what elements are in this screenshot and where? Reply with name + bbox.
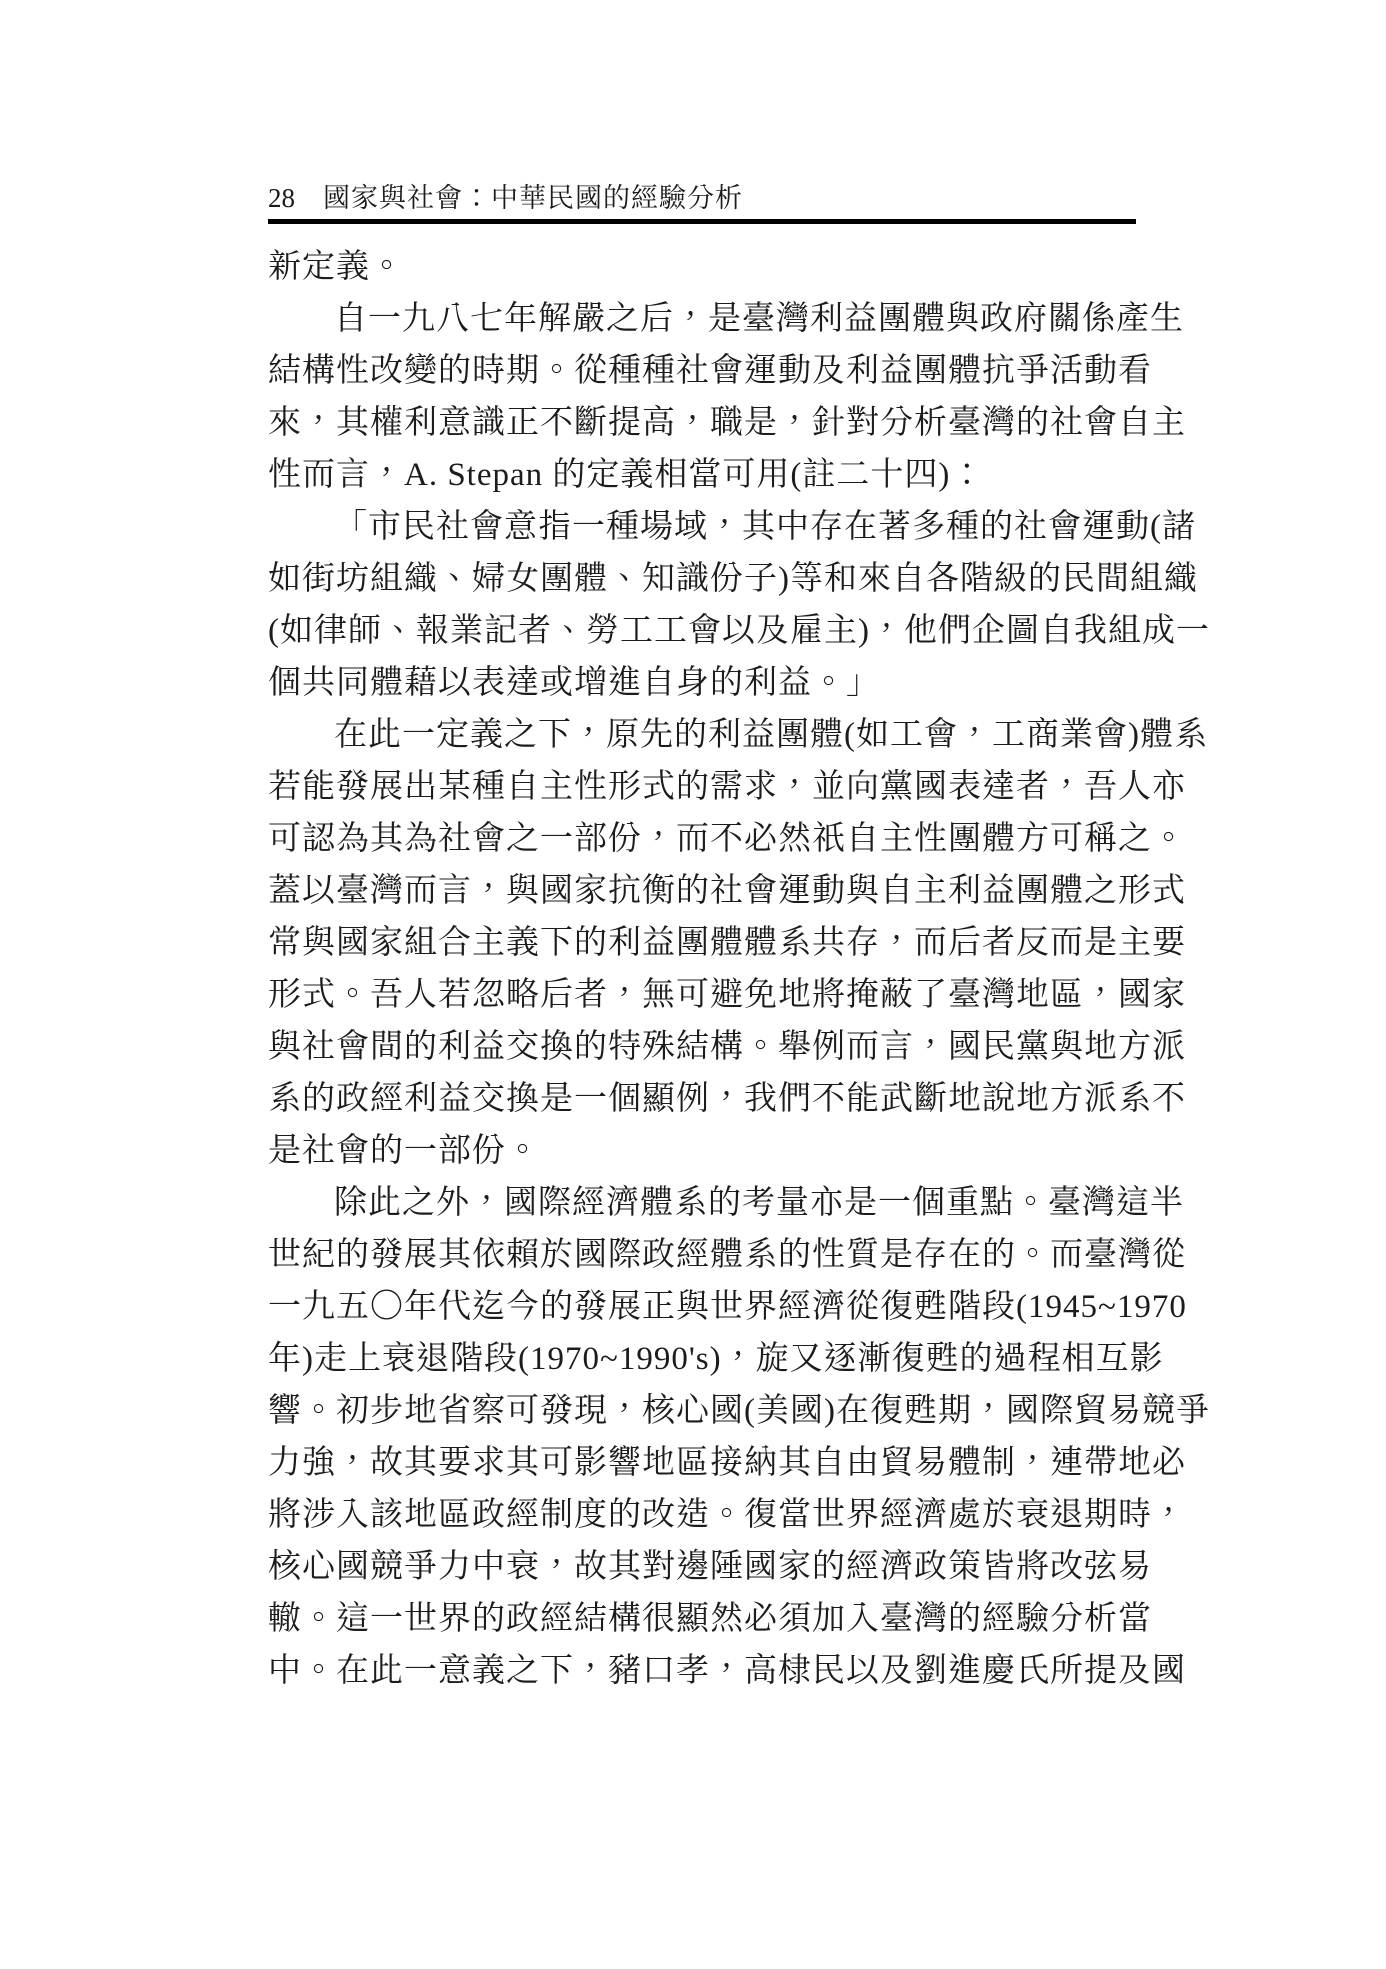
book-page: 28國家與社會：中華民國的經驗分析 新定義。自一九八七年解嚴之后，是臺灣利益團體… (0, 0, 1386, 1969)
text-line: 將涉入該地區政經制度的改造。復當世界經濟處於衰退期時， (268, 1489, 1153, 1541)
text-line: 若能發展出某種自主性形式的需求，並向黨國表達者，吾人亦 (268, 761, 1153, 813)
text-line: (如律師、報業記者、勞工工會以及雇主)，他們企圖自我組成一 (268, 605, 1153, 657)
body-text: 新定義。自一九八七年解嚴之后，是臺灣利益團體與政府關係產生結構性改變的時期。從種… (268, 241, 1153, 1697)
text-line: 形式。吾人若忽略后者，無可避免地將掩蔽了臺灣地區，國家 (268, 969, 1153, 1021)
text-line: 核心國競爭力中衰，故其對邊陲國家的經濟政策皆將改弦易 (268, 1541, 1153, 1593)
text-line: 中。在此一意義之下，豬口孝，高棣民以及劉進慶氏所提及國 (268, 1645, 1153, 1697)
text-line: 性而言，A. Stepan 的定義相當可用(註二十四)： (268, 449, 1153, 501)
text-line: 可認為其為社會之一部份，而不必然祇自主性團體方可稱之。 (268, 813, 1153, 865)
text-line: 系的政經利益交換是一個顯例，我們不能武斷地說地方派系不 (268, 1073, 1153, 1125)
text-line: 力強，故其要求其可影響地區接納其自由貿易體制，連帶地必 (268, 1437, 1153, 1489)
text-line: 蓋以臺灣而言，與國家抗衡的社會運動與自主利益團體之形式 (268, 865, 1153, 917)
text-line: 響。初步地省察可發現，核心國(美國)在復甦期，國際貿易競爭 (268, 1385, 1153, 1437)
text-line: 「市民社會意指一種場域，其中存在著多種的社會運動(諸 (268, 501, 1153, 553)
running-title: 國家與社會：中華民國的經驗分析 (323, 183, 743, 213)
text-line: 新定義。 (268, 241, 1153, 293)
page-number: 28 (268, 183, 295, 214)
text-line: 個共同體藉以表達或增進自身的利益。」 (268, 657, 1153, 709)
text-line: 是社會的一部份。 (268, 1125, 1153, 1177)
running-header: 28國家與社會：中華民國的經驗分析 (268, 176, 1138, 215)
text-line: 除此之外，國際經濟體系的考量亦是一個重點。臺灣這半 (268, 1177, 1153, 1229)
text-line: 結構性改變的時期。從種種社會運動及利益團體抗爭活動看 (268, 345, 1153, 397)
text-line: 世紀的發展其依賴於國際政經體系的性質是存在的。而臺灣從 (268, 1229, 1153, 1281)
text-line: 年)走上衰退階段(1970~1990's)，旋又逐漸復甦的過程相互影 (268, 1333, 1153, 1385)
text-line: 與社會間的利益交換的特殊結構。舉例而言，國民黨與地方派 (268, 1021, 1153, 1073)
text-line: 如街坊組織、婦女團體、知識份子)等和來自各階級的民間組織 (268, 553, 1153, 605)
text-line: 一九五〇年代迄今的發展正與世界經濟從復甦階段(1945~1970 (268, 1281, 1153, 1333)
text-line: 常與國家組合主義下的利益團體體系共存，而后者反而是主要 (268, 917, 1153, 969)
header-rule (268, 219, 1136, 224)
text-line: 來，其權利意識正不斷提高，職是，針對分析臺灣的社會自主 (268, 397, 1153, 449)
text-line: 自一九八七年解嚴之后，是臺灣利益團體與政府關係產生 (268, 293, 1153, 345)
text-line: 轍。這一世界的政經結構很顯然必須加入臺灣的經驗分析當 (268, 1593, 1153, 1645)
text-line: 在此一定義之下，原先的利益團體(如工會，工商業會)體系 (268, 709, 1153, 761)
